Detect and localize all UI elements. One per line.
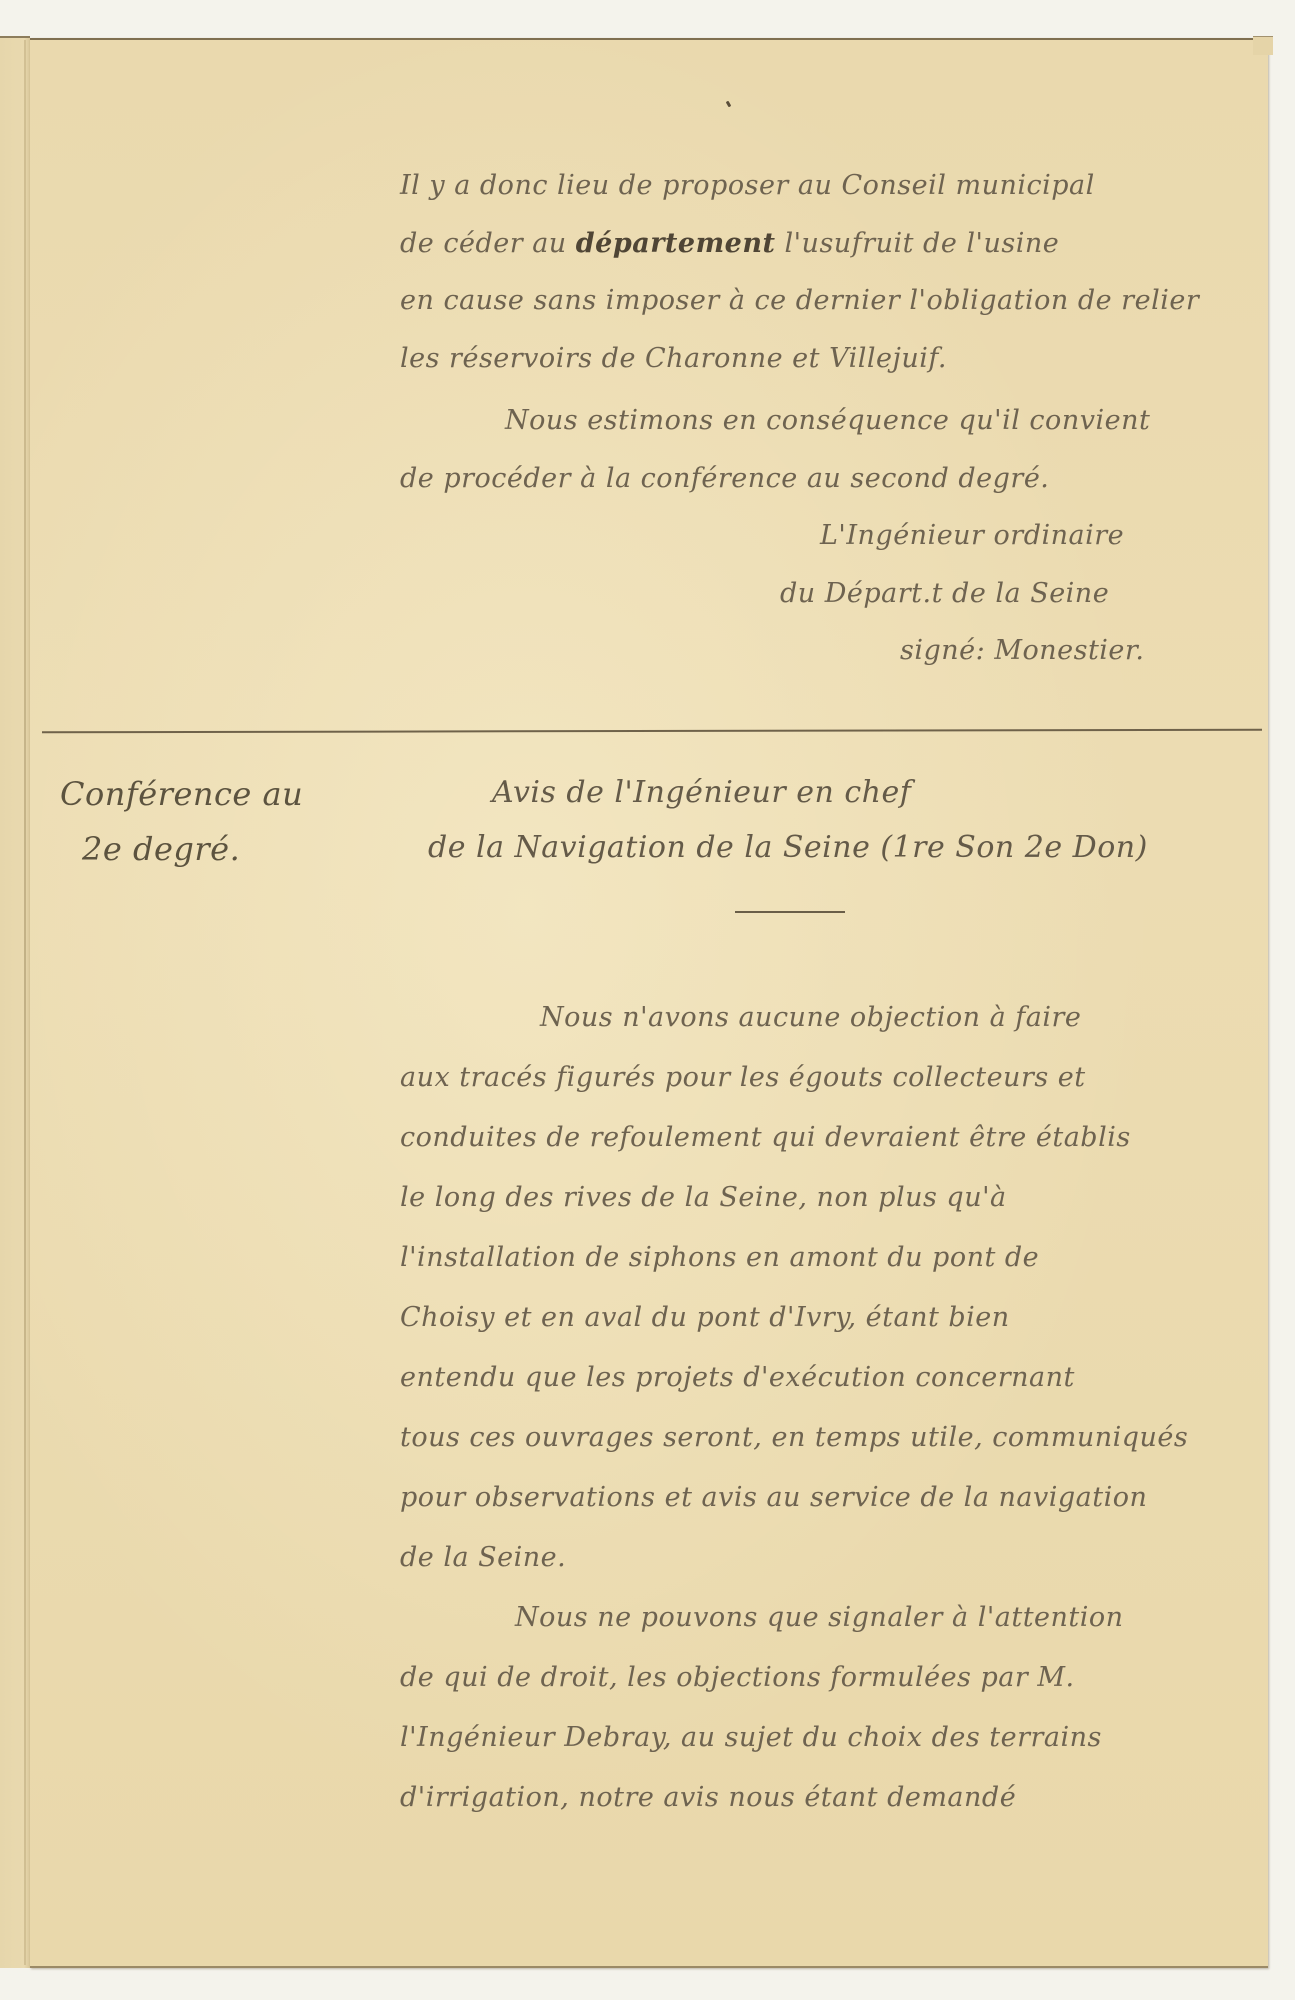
text-line: aux tracés figurés pour les égouts colle… bbox=[400, 1062, 1086, 1093]
text-line: Il y a donc lieu de proposer au Conseil … bbox=[400, 170, 1095, 201]
text-line: de procéder à la conférence au second de… bbox=[400, 463, 1049, 494]
text-line: en cause sans imposer à ce dernier l'obl… bbox=[400, 285, 1199, 316]
text-line: Nous ne pouvons que signaler à l'attenti… bbox=[515, 1602, 1124, 1633]
text-line: Nous estimons en conséquence qu'il convi… bbox=[505, 405, 1150, 436]
margin-heading-line: Conférence au bbox=[60, 775, 303, 813]
text-line: l'Ingénieur Debray, au sujet du choix de… bbox=[400, 1722, 1102, 1753]
binding-fold bbox=[24, 40, 26, 1965]
emphasized-word: département bbox=[576, 228, 776, 259]
text-line: le long des rives de la Seine, non plus … bbox=[400, 1182, 1007, 1213]
text-line: Nous n'avons aucune objection à faire bbox=[540, 1002, 1081, 1033]
text-line: l'installation de siphons en amont du po… bbox=[400, 1242, 1039, 1273]
text-line: Choisy et en aval du pont d'Ivry, étant … bbox=[400, 1302, 1010, 1333]
signature-name: signé: Monestier. bbox=[900, 635, 1144, 666]
text-line: d'irrigation, notre avis nous étant dema… bbox=[400, 1782, 1016, 1813]
title-underline bbox=[735, 911, 845, 913]
title-line: de la Navigation de la Seine (1re Son 2e… bbox=[428, 830, 1148, 865]
text-fragment: de céder au bbox=[400, 228, 576, 259]
text-line: de céder au département l'usufruit de l'… bbox=[400, 228, 1059, 259]
signature-department: du Départ.t de la Seine bbox=[780, 578, 1109, 609]
text-line: les réservoirs de Charonne et Villejuif. bbox=[400, 343, 947, 374]
text-line: de qui de droit, les objections formulée… bbox=[400, 1662, 1075, 1693]
text-line: tous ces ouvrages seront, en temps utile… bbox=[400, 1422, 1188, 1453]
title-line: Avis de l'Ingénieur en chef bbox=[492, 775, 911, 810]
text-line: entendu que les projets d'exécution conc… bbox=[400, 1362, 1075, 1393]
margin-heading-line: 2e degré. bbox=[82, 830, 240, 868]
page-corner bbox=[1253, 36, 1273, 55]
signature-title: L'Ingénieur ordinaire bbox=[820, 520, 1124, 551]
text-line: conduites de refoulement qui devraient ê… bbox=[400, 1122, 1131, 1153]
text-line: de la Seine. bbox=[400, 1542, 566, 1573]
text-fragment: l'usufruit de l'usine bbox=[775, 228, 1059, 259]
text-line: pour observations et avis au service de … bbox=[400, 1482, 1147, 1513]
